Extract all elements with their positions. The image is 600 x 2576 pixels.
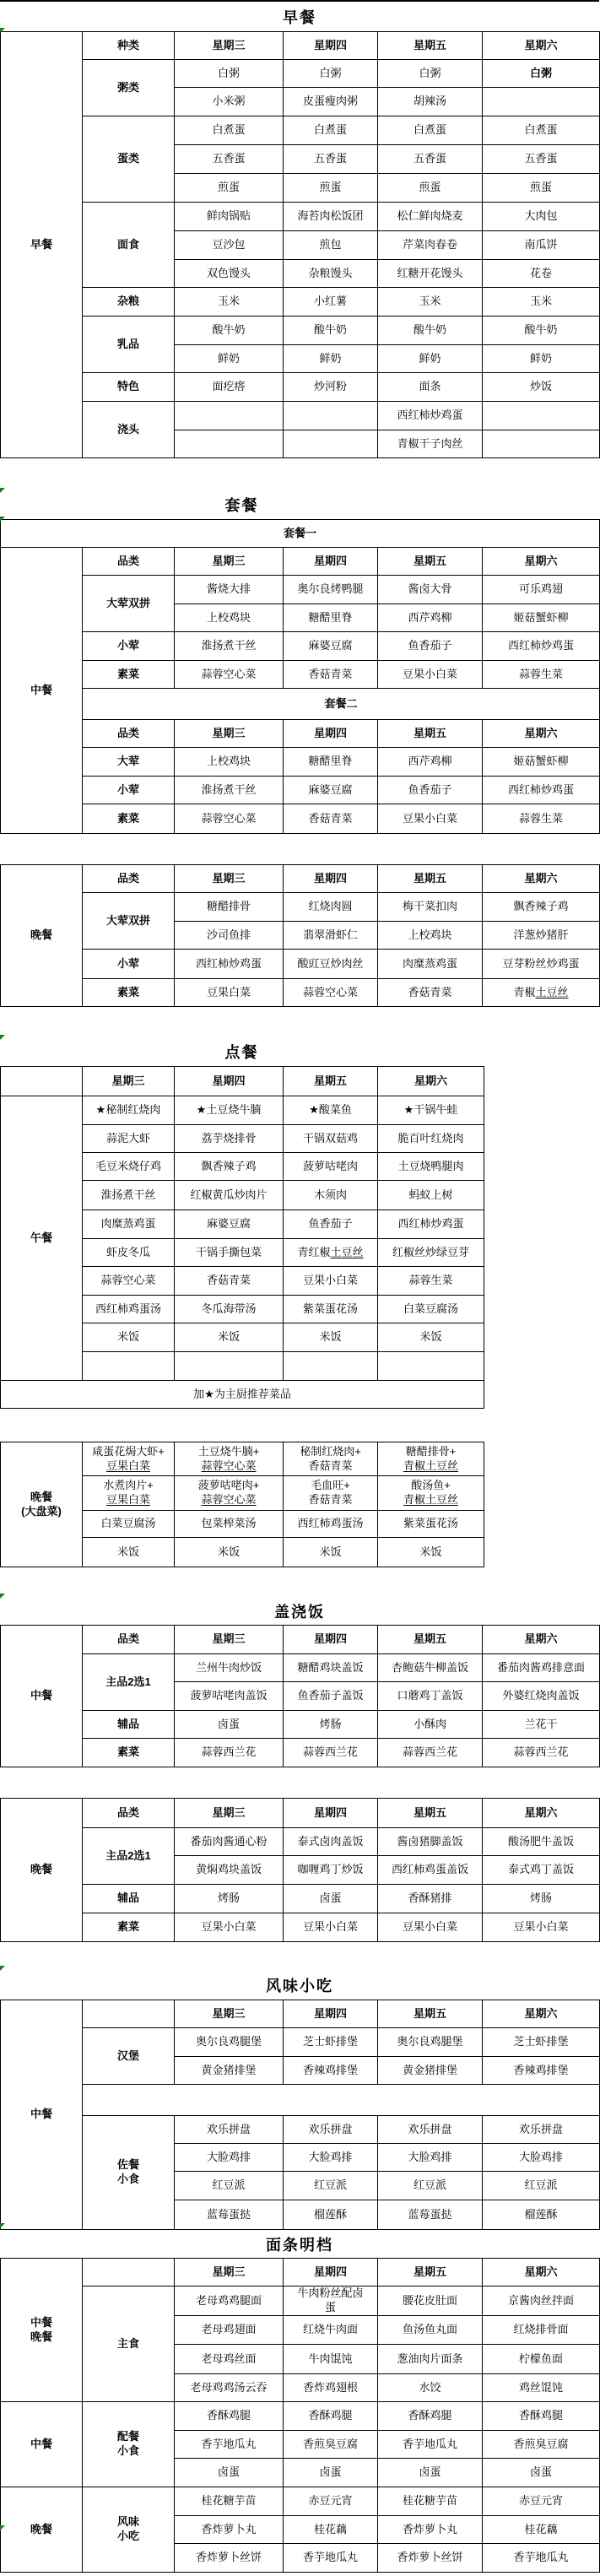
menu-item-cell: 香菇青菜	[284, 661, 378, 689]
menu-item-cell: 白粥	[284, 60, 378, 88]
menu-item-cell: 大脸鸡排	[483, 2144, 600, 2172]
menu-item-cell: 白菜豆腐汤	[83, 1511, 175, 1538]
menu-item-cell: 蒜蓉生菜	[378, 1267, 484, 1296]
category-cell: 小荤	[83, 632, 175, 661]
cell-line: 小吃	[117, 2530, 139, 2542]
menu-item-cell: 老母鸡鸡腿面	[175, 2286, 284, 2316]
column-header: 品类	[83, 548, 175, 576]
menu-item-cell: 面疙瘩	[175, 373, 284, 402]
table-row: 套餐一	[1, 520, 600, 548]
menu-item-cell: 卤蛋	[175, 1711, 284, 1739]
table-row: 大荤双拼糖醋排骨红烧肉圆梅干菜扣肉飘香辣子鸡	[1, 893, 600, 922]
menu-item-cell	[175, 1352, 284, 1381]
column-header: 品类	[83, 865, 175, 893]
column-header: 星期五	[378, 720, 483, 748]
column-header: 星期四	[284, 1626, 378, 1654]
menu-item-cell: 豆果小白菜	[378, 1913, 483, 1942]
menu-item-cell: 老母鸡鸡汤云吞	[175, 2374, 284, 2402]
green-corner-marker	[0, 1035, 5, 1040]
table-row: 粥类白粥白粥白粥白粥	[1, 60, 600, 88]
table-row: 主品2选1番茄肉酱通心粉泰式卤肉盖饭酱卤猪脚盖饭酸汤肥牛盖饭	[1, 1828, 600, 1856]
cell-line: 豆果白菜	[106, 1493, 150, 1506]
table-row: 大荤上校鸡块糖醋里脊西芹鸡柳姬菇蟹虾柳	[1, 748, 600, 777]
category-cell: 杂粮	[83, 288, 175, 317]
menu-item-cell: 糖醋里脊	[284, 748, 378, 777]
menu-item-cell: 芝士虾排堡	[483, 2028, 600, 2057]
row-label: 晚餐(大盘菜)	[1, 1442, 83, 1567]
column-header: 星期四	[284, 32, 378, 60]
column-header: 星期三	[175, 2259, 284, 2286]
category-cell: 大荤	[83, 748, 175, 777]
cell-line: 水煮肉片+	[103, 1479, 154, 1491]
subsection-title: 套餐一	[1, 520, 600, 548]
menu-item-cell	[175, 402, 284, 430]
menu-item-cell: 黄金猪排堡	[378, 2057, 483, 2085]
menu-item-cell: 西红柿鸡蛋盖饭	[378, 1856, 483, 1885]
row-label: 晚餐	[1, 865, 83, 1007]
column-header: 种类	[83, 32, 175, 60]
table-row: 晚餐风味小吃桂花糖芋苗赤豆元宵桂花糖芋苗赤豆元宵	[1, 2487, 600, 2516]
row-label: 中餐晚餐	[1, 2259, 83, 2402]
menu-item-cell: ★酸菜鱼	[284, 1096, 378, 1125]
column-header: 星期五	[378, 548, 483, 576]
noodle-station-title: 面条明档	[0, 2230, 599, 2258]
menu-item-cell: 酱烧大排	[175, 576, 284, 604]
category-cell: 佐餐小食	[83, 2116, 175, 2230]
row-label: 午餐	[1, 1096, 83, 1381]
column-header	[83, 2259, 175, 2286]
table-row: 辅品烤肠卤蛋香酥猪排烤肠	[1, 1885, 600, 1913]
menu-item-cell: 米饭	[284, 1538, 378, 1567]
rice-bowl-title: 盖浇饭	[0, 1597, 599, 1625]
menu-item-cell: 白煮蛋	[284, 116, 378, 145]
set-meal-lunch-table: 套餐一中餐品类星期三星期四星期五星期六大荤双拼酱烧大排奥尔良烤鸭腿酱卤大骨可乐鸡…	[0, 519, 600, 834]
menu-item-cell: 酱卤猪脚盖饭	[378, 1828, 483, 1856]
menu-item-cell: 香辣鸡排堡	[483, 2057, 600, 2085]
subsection-title: 套餐二	[83, 689, 600, 720]
menu-item-cell: 葱油肉片面条	[378, 2345, 483, 2374]
column-header: 星期三	[175, 32, 284, 60]
category-cell: 蛋类	[83, 116, 175, 203]
menu-item-cell: 荔芋烧排骨	[175, 1125, 284, 1153]
column-header: 星期三	[175, 2000, 284, 2028]
cell-line: 小食	[117, 2173, 139, 2185]
row-label: 中餐	[1, 548, 83, 834]
cell-segment: 青红椒	[297, 1246, 330, 1258]
section-gap	[0, 1007, 600, 1036]
column-header: 星期六	[483, 865, 600, 893]
table-row: 晚餐品类星期三星期四星期五星期六	[1, 865, 600, 893]
menu-item-cell: 虾皮冬瓜	[83, 1239, 175, 1267]
menu-item-cell: 蒜蓉西兰花	[175, 1739, 284, 1767]
snacks-title: 风味小吃	[0, 1971, 599, 2000]
menu-item-cell: 兰花干	[483, 1711, 600, 1739]
green-corner-marker	[0, 28, 5, 33]
menu-item-cell: 红烧肉圆	[284, 893, 378, 922]
menu-item-cell: 蒜蓉生菜	[483, 804, 600, 834]
table-row: 主品2选1兰州牛肉炒饭糖醋鸡块盖饭杏鲍菇牛柳盖饭番茄肉酱鸡排意面	[1, 1654, 600, 1682]
category-cell: 风味小吃	[83, 2487, 175, 2573]
menu-item-cell: 香芋地瓜丸	[378, 2431, 483, 2459]
menu-item-cell: ★秘制红烧肉	[83, 1096, 175, 1125]
menu-item-cell: 兰州牛肉炒饭	[175, 1654, 284, 1682]
column-header: 星期四	[175, 1067, 284, 1096]
menu-item-cell: 青椒土豆丝	[483, 979, 600, 1007]
row-label: 中餐	[1, 2000, 83, 2230]
category-cell: 特色	[83, 373, 175, 402]
menu-item-cell: 蒜蓉生菜	[483, 661, 600, 689]
category-cell: 素菜	[83, 1913, 175, 1942]
menu-item-cell: 西芹鸡柳	[378, 604, 483, 632]
menu-item-cell: 红豆派	[284, 2172, 378, 2200]
menu-item-cell: 红椒黄瓜炒肉片	[175, 1181, 284, 1210]
menu-item-cell: 面条	[378, 373, 483, 402]
cell-line: 风味	[117, 2515, 139, 2528]
column-header: 星期三	[175, 1799, 284, 1828]
category-cell: 面食	[83, 203, 175, 288]
table-row: 午餐★秘制红烧肉★土豆烧牛腩★酸菜鱼★干锅牛蛙	[1, 1096, 484, 1125]
menu-item-cell: 煎包	[284, 231, 378, 260]
menu-item-cell: 杂粮馒头	[284, 260, 378, 288]
row-label: 晚餐	[1, 1799, 83, 1942]
menu-item-cell	[483, 430, 600, 458]
menu-item-cell: 香菇青菜	[284, 804, 378, 834]
menu-item-cell: 香炸萝卜丸	[175, 2516, 284, 2544]
column-header: 星期六	[483, 548, 600, 576]
menu-item-cell: 杏鲍菇牛柳盖饭	[378, 1654, 483, 1682]
menu-item-cell: 米饭	[83, 1323, 175, 1352]
menu-item-cell: 米饭	[284, 1323, 378, 1352]
set-meal-title: 套餐	[0, 490, 484, 519]
table-row: 中餐品类星期三星期四星期五星期六	[1, 548, 600, 576]
menu-item-cell: 五香蛋	[378, 145, 483, 174]
category-cell: 主食	[83, 2286, 175, 2402]
column-header: 星期四	[284, 865, 378, 893]
menu-item-cell: 小红薯	[284, 288, 378, 317]
menu-item-cell	[83, 1352, 175, 1381]
table-row: 中餐品类星期三星期四星期五星期六	[1, 1626, 600, 1654]
menu-item-cell: 菠萝咕咾肉盖饭	[175, 1682, 284, 1711]
menu-item-cell: 黄金猪排堡	[175, 2057, 284, 2085]
menu-item-cell: 煎蛋	[483, 174, 600, 203]
category-cell: 辅品	[83, 1885, 175, 1913]
column-header: 星期三	[83, 1067, 175, 1096]
cell-line: 青椒土豆丝	[403, 1459, 458, 1472]
menu-item-cell: 榴莲酥	[284, 2200, 378, 2230]
menu-item-cell: 香炸萝卜丝饼	[378, 2544, 483, 2573]
menu-item-cell: ★土豆烧牛腩	[175, 1096, 284, 1125]
menu-item-cell: 上校鸡块	[378, 922, 483, 950]
menu-item-cell: 赤豆元宵	[284, 2487, 378, 2516]
category-cell: 素菜	[83, 804, 175, 834]
menu-item-cell: 蒜蓉西兰花	[378, 1739, 483, 1767]
cell-line: 晚餐	[30, 2330, 52, 2343]
menu-item-cell: 鱼香茄子	[378, 777, 483, 804]
menu-item-cell: 奥尔良烤鸭腿	[284, 576, 378, 604]
menu-item-cell: 土豆烧鸭腿肉	[378, 1153, 484, 1181]
menu-item-cell: 沙司鱼排	[175, 922, 284, 950]
menu-item-cell: 松仁鲜肉烧麦	[378, 203, 483, 231]
column-header: 星期四	[284, 2259, 378, 2286]
menu-item-cell: 炒河粉	[284, 373, 378, 402]
table-row: 小荤淮扬煮干丝麻婆豆腐鱼香茄子西红柿炒鸡蛋	[1, 777, 600, 804]
column-header: 星期四	[284, 1799, 378, 1828]
menu-item-cell: 豆果小白菜	[284, 1267, 378, 1296]
section-gap	[0, 1409, 600, 1442]
menu-item-cell: 脆百叶红烧肉	[378, 1125, 484, 1153]
menu-item-cell: 木须肉	[284, 1181, 378, 1210]
menu-item-cell: 飘香辣子鸡	[483, 893, 600, 922]
menu-item-cell: 西红柿炒鸡蛋	[175, 950, 284, 979]
table-row: 素菜蒜蓉西兰花蒜蓉西兰花蒜蓉西兰花蒜蓉西兰花	[1, 1739, 600, 1767]
category-cell: 主品2选1	[83, 1828, 175, 1885]
green-corner-marker	[0, 1594, 5, 1599]
menu-item-cell: 蓝莓蛋挞	[175, 2200, 284, 2230]
menu-item-cell: 京酱肉丝拌面	[483, 2286, 600, 2316]
menu-item-cell: ★干锅牛蛙	[378, 1096, 484, 1125]
menu-item-cell: 桂花糖芋苗	[378, 2487, 483, 2516]
menu-item-cell: 蓝莓蛋挞	[378, 2200, 483, 2230]
menu-item-cell: 煎蛋	[175, 174, 284, 203]
table-row: 中餐晚餐星期三星期四星期五星期六	[1, 2259, 600, 2286]
menu-item-cell: 紫菜蛋花汤	[378, 1511, 484, 1538]
category-cell: 配餐小食	[83, 2402, 175, 2487]
menu-item-cell: 胡辣汤	[378, 88, 483, 116]
category-cell: 素菜	[83, 979, 175, 1007]
menu-item-cell: 烤肠	[483, 1885, 600, 1913]
menu-item-cell: 干锅手撕包菜	[175, 1239, 284, 1267]
menu-item-cell: 芹菜肉春卷	[378, 231, 483, 260]
menu-item-cell: 腰花皮肚面	[378, 2286, 483, 2316]
row-label: 晚餐	[1, 2487, 83, 2573]
menu-item-cell: 蚂蚁上树	[378, 1181, 484, 1210]
menu-item-cell: 鸡丝馄饨	[483, 2374, 600, 2402]
section-gap	[0, 1942, 600, 1971]
column-header: 星期五	[284, 1067, 378, 1096]
menu-item-cell: 欢乐拼盘	[284, 2116, 378, 2144]
cell-line: 糖醋排骨+	[406, 1445, 457, 1458]
menu-item-cell: 卤蛋	[284, 2459, 378, 2487]
menu-item-cell: 上校鸡块	[175, 604, 284, 632]
menu-item-cell: 牛肉粉丝配卤蛋	[284, 2286, 378, 2316]
menu-item-cell: 红烧排骨面	[483, 2316, 600, 2345]
menu-item-cell: 柠檬鱼面	[483, 2345, 600, 2374]
menu-item-cell: 米饭	[378, 1323, 484, 1352]
category-cell: 粥类	[83, 60, 175, 116]
column-header: 星期四	[284, 548, 378, 576]
menu-item-cell: 老母鸡丝面	[175, 2345, 284, 2374]
menu-item-cell: 米饭	[378, 1538, 484, 1567]
menu-item-cell: 香芋地瓜丸	[284, 2544, 378, 2573]
menu-item-cell: 红烧牛肉面	[284, 2316, 378, 2345]
menu-item-cell: 南瓜饼	[483, 231, 600, 260]
cell-segment: 土豆丝	[536, 986, 569, 998]
menu-item-cell: 西红柿炒鸡蛋	[483, 777, 600, 804]
snacks-table: 中餐星期三星期四星期五星期六汉堡奥尔良鸡腿堡芝士虾排堡奥尔良鸡腿堡芝士虾排堡黄金…	[0, 2000, 600, 2230]
table-footnote: 加★为主厨推荐菜品	[1, 1381, 484, 1409]
menu-item-cell: 干锅双菇鸡	[284, 1125, 378, 1153]
menu-item-cell: 泰式鸡丁盖饭	[483, 1856, 600, 1885]
menu-item-cell: 米饭	[175, 1538, 284, 1567]
menu-item-cell: 鱼香茄子盖饭	[284, 1682, 378, 1711]
rice-bowl-dinner-table: 晚餐品类星期三星期四星期五星期六主品2选1番茄肉酱通心粉泰式卤肉盖饭酱卤猪脚盖饭…	[0, 1798, 600, 1942]
menu-item-cell	[284, 430, 378, 458]
row-label: 中餐	[1, 1626, 83, 1767]
table-row: 晚餐(大盘菜)咸蛋花焗大虾+豆果白菜土豆烧牛腩+蒜蓉空心菜秘制红烧肉+香菇青菜糖…	[1, 1442, 484, 1476]
menu-item-cell: 红椒丝炒绿豆芽	[378, 1239, 484, 1267]
row-label: 早餐	[1, 32, 83, 458]
menu-item-cell: 鲜奶	[483, 345, 600, 373]
menu-item-cell: 白粥	[175, 60, 284, 88]
cell-line: 青椒土豆丝	[403, 1493, 458, 1506]
menu-item-cell: 豆果小白菜	[284, 1913, 378, 1942]
row-label: 中餐	[1, 2402, 83, 2487]
column-header: 星期六	[483, 720, 600, 748]
noodle-station-table: 中餐晚餐星期三星期四星期五星期六主食老母鸡鸡腿面牛肉粉丝配卤蛋腰花皮肚面京酱肉丝…	[0, 2258, 600, 2573]
menu-item-cell: 桂花藕	[483, 2516, 600, 2544]
menu-item-cell: 赤豆元宵	[483, 2487, 600, 2516]
column-header: 星期四	[284, 2000, 378, 2028]
menu-item-cell: 毛血旺+香菇青菜	[284, 1476, 378, 1511]
menu-item-cell: 红豆派	[483, 2172, 600, 2200]
menu-item-cell: 五香蛋	[175, 145, 284, 174]
menu-item-cell: 豆果小白菜	[175, 1913, 284, 1942]
menu-item-cell: 香炸鸡翅根	[284, 2374, 378, 2402]
menu-item-cell: 香酥鸡腿	[175, 2402, 284, 2431]
table-row: 辅品卤蛋烤肠小酥肉兰花干	[1, 1711, 600, 1739]
table-row: 中餐配餐小食香酥鸡腿香酥鸡腿香酥鸡腿香酥鸡腿	[1, 2402, 600, 2431]
menu-item-cell: 红豆派	[175, 2172, 284, 2200]
menu-item-cell: 糖醋排骨	[175, 893, 284, 922]
menu-item-cell: 糖醋里脊	[284, 604, 378, 632]
section-gap	[0, 1567, 600, 1597]
menu-item-cell: 姬菇蟹虾柳	[483, 604, 600, 632]
menu-item-cell: 香煎臭豆腐	[284, 2431, 378, 2459]
table-row: 浇头西红柿炒鸡蛋	[1, 402, 600, 430]
cell-line: 佐餐	[117, 2158, 139, 2171]
menu-item-cell: 毛豆米烧仔鸡	[83, 1153, 175, 1181]
table-row: 汉堡奥尔良鸡腿堡芝士虾排堡奥尔良鸡腿堡芝士虾排堡	[1, 2028, 600, 2057]
green-corner-marker	[0, 2525, 5, 2530]
menu-item-cell: 蒜蓉西兰花	[483, 1739, 600, 1767]
menu-item-cell: 秘制红烧肉+香菇青菜	[284, 1442, 378, 1476]
menu-item-cell	[284, 402, 378, 430]
menu-item-cell: 咸蛋花焗大虾+豆果白菜	[83, 1442, 175, 1476]
cell-line: 酸汤鱼+	[411, 1479, 451, 1491]
column-header: 星期六	[483, 32, 600, 60]
menu-item-cell: 麻婆豆腐	[284, 777, 378, 804]
menu-item-cell: 番茄肉酱鸡排意面	[483, 1654, 600, 1682]
column-header: 星期五	[378, 32, 483, 60]
column-header: 品类	[83, 1799, 175, 1828]
column-header: 星期六	[483, 2259, 600, 2286]
menu-item-cell: 海苔肉松饭团	[284, 203, 378, 231]
menu-item-cell: 鲜肉锅贴	[175, 203, 284, 231]
column-header: 星期五	[378, 865, 483, 893]
category-cell: 素菜	[83, 1739, 175, 1767]
menu-item-cell: 蒜蓉空心菜	[83, 1267, 175, 1296]
menu-item-cell: 老母鸡翅面	[175, 2316, 284, 2345]
table-row: 蛋类白煮蛋白煮蛋白煮蛋白煮蛋	[1, 116, 600, 145]
breakfast-table: 早餐种类星期三星期四星期五星期六粥类白粥白粥白粥白粥小米粥皮蛋瘦肉粥胡辣汤蛋类白…	[0, 31, 600, 458]
menu-item-cell: 欢乐拼盘	[175, 2116, 284, 2144]
menu-item-cell: 蒜泥大虾	[83, 1125, 175, 1153]
category-cell: 素菜	[83, 661, 175, 689]
menu-item-cell: 大脸鸡排	[284, 2144, 378, 2172]
table-row: 面食鲜肉锅贴海苔肉松饭团松仁鲜肉烧麦大肉包	[1, 203, 600, 231]
menu-item-cell: 香炸萝卜丝饼	[175, 2544, 284, 2573]
menu-item-cell: 榴莲酥	[483, 2200, 600, 2230]
breakfast-title: 早餐	[0, 0, 599, 31]
menu-item-cell: 豆果小白菜	[378, 804, 483, 834]
column-header: 星期五	[378, 2000, 483, 2028]
cell-segment: 土豆丝	[331, 1246, 364, 1258]
menu-item-cell: 西红柿炒鸡蛋	[378, 1210, 484, 1239]
menu-item-cell: 口蘑鸡丁盖饭	[378, 1682, 483, 1711]
a-la-carte-table: 星期三星期四星期五星期六午餐★秘制红烧肉★土豆烧牛腩★酸菜鱼★干锅牛蛙蒜泥大虾荔…	[0, 1066, 484, 1409]
menu-item-cell: 鱼香茄子	[378, 632, 483, 661]
menu-item-cell: 梅干菜扣肉	[378, 893, 483, 922]
column-header: 星期六	[483, 1799, 600, 1828]
menu-item-cell: 烤肠	[284, 1711, 378, 1739]
menu-item-cell: 可乐鸡翅	[483, 576, 600, 604]
dinner-platter-table: 晚餐(大盘菜)咸蛋花焗大虾+豆果白菜土豆烧牛腩+蒜蓉空心菜秘制红烧肉+香菇青菜糖…	[0, 1442, 484, 1567]
green-corner-marker	[0, 1966, 5, 1971]
menu-item-cell: 白煮蛋	[175, 116, 284, 145]
menu-item-cell: 欢乐拼盘	[483, 2116, 600, 2144]
menu-item-cell: 泰式卤肉盖饭	[284, 1828, 378, 1856]
menu-item-cell: 香炸萝卜丸	[378, 2516, 483, 2544]
menu-item-cell: 姬菇蟹虾柳	[483, 748, 600, 777]
menu-item-cell: 蒜蓉空心菜	[175, 661, 284, 689]
category-cell: 小荤	[83, 950, 175, 979]
menu-item-cell: 上校鸡块	[175, 748, 284, 777]
menu-item-cell: 白菜豆腐汤	[378, 1296, 484, 1323]
menu-item-cell	[378, 1352, 484, 1381]
menu-item-cell: 欢乐拼盘	[378, 2116, 483, 2144]
menu-item-cell: 西芹鸡柳	[378, 748, 483, 777]
menu-item-cell: 麻婆豆腐	[284, 632, 378, 661]
category-cell: 浇头	[83, 402, 175, 458]
menu-item-cell: 酸汤鱼+青椒土豆丝	[378, 1476, 484, 1511]
green-corner-marker	[0, 517, 5, 522]
category-cell: 乳品	[83, 317, 175, 373]
menu-item-cell: 香酥鸡腿	[284, 2402, 378, 2431]
menu-item-cell: 鲜奶	[378, 345, 483, 373]
menu-item-cell: 肉糜蒸鸡蛋	[83, 1210, 175, 1239]
menu-item-cell: 淮扬煮干丝	[175, 777, 284, 804]
menu-item-cell: 香菇青菜	[175, 1267, 284, 1296]
green-corner-marker	[0, 488, 5, 493]
menu-item-cell: 烤肠	[175, 1885, 284, 1913]
menu-root: 早餐早餐种类星期三星期四星期五星期六粥类白粥白粥白粥白粥小米粥皮蛋瘦肉粥胡辣汤蛋…	[0, 0, 600, 2576]
cell-line: 土豆烧牛腩+	[198, 1445, 260, 1458]
menu-item-cell: 卤蛋	[284, 1885, 378, 1913]
category-cell: 大荤双拼	[83, 893, 175, 950]
menu-item-cell: 红糖开花馒头	[378, 260, 483, 288]
menu-item-cell: 桂花糖芋苗	[175, 2487, 284, 2516]
table-row: 乳品酸牛奶酸牛奶酸牛奶酸牛奶	[1, 317, 600, 345]
menu-item-cell: 酸牛奶	[175, 317, 284, 345]
menu-item-cell: 外婆红烧肉盖饭	[483, 1682, 600, 1711]
table-row: 杂粮玉米小红薯玉米玉米	[1, 288, 600, 317]
menu-item-cell: 香菇青菜	[378, 979, 483, 1007]
menu-item-cell: 豆果小白菜	[378, 661, 483, 689]
menu-item-cell: 香芋地瓜丸	[483, 2544, 600, 2573]
menu-item-cell: 奥尔良鸡腿堡	[175, 2028, 284, 2057]
column-header: 星期五	[378, 1626, 483, 1654]
menu-item-cell: 米饭	[83, 1538, 175, 1567]
